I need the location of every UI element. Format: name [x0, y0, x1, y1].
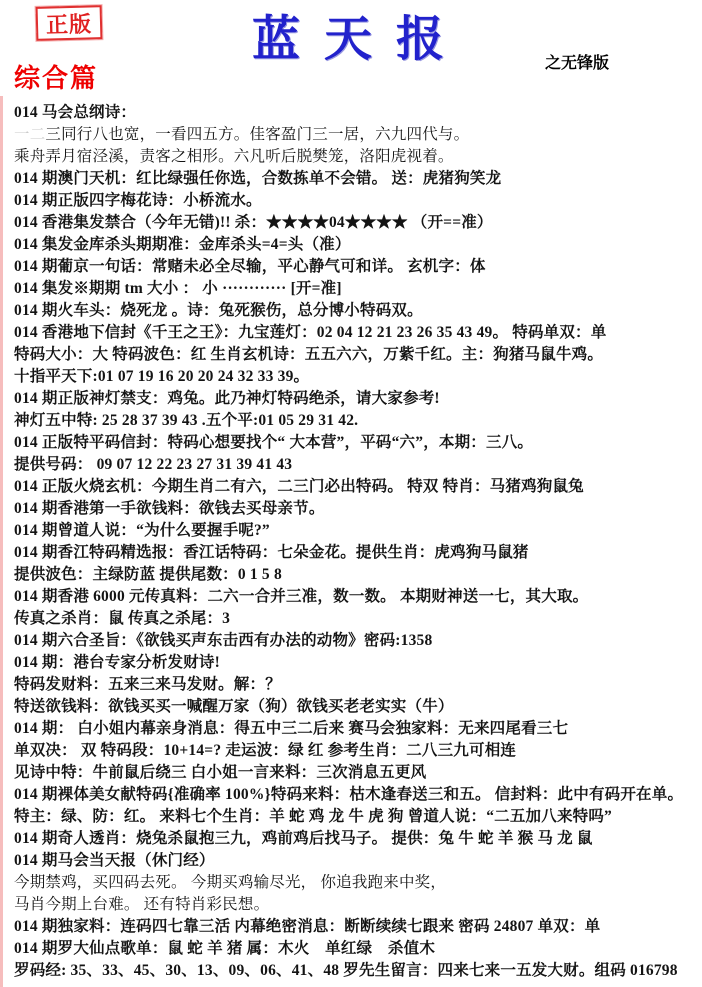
- text-line: 014 马会总纲诗：: [14, 102, 700, 124]
- text-line: 014 期火车头：烧死龙 。诗：兔死猴伤，总分博小特码双。: [14, 300, 700, 322]
- line-text: 三同行八也宽，一看四五方。佳客盈门三一居，六九四代与。: [45, 126, 469, 143]
- text-line: 提供波色：主绿防蓝 提供尾数：0 1 5 8: [14, 564, 700, 586]
- text-line: 014 期葡京一句话：常赌未必全尽输，平心静气可和详。 玄机字：体: [14, 256, 700, 278]
- text-line: 014 期罗大仙点歌单：鼠 蛇 羊 猪 属：木火 单红绿 杀值木: [14, 938, 700, 960]
- left-edge-line: [0, 96, 3, 987]
- text-line: 014 香港地下信封《千王之王》：九宝莲灯：02 04 12 21 23 26 …: [14, 322, 700, 344]
- text-line: 传真之杀肖：鼠 传真之杀尾：3: [14, 608, 700, 630]
- text-line: 014 香港集发禁合（今年无错)!! 杀：★★★★04★★★★ （开==准）: [14, 212, 700, 234]
- text-line: 乘舟弄月宿泾溪，责客之相形。六凡听后脱樊笼，洛阳虎视着。: [14, 146, 700, 168]
- section-heading: 综合篇: [14, 58, 98, 95]
- text-line: 014 期香港 6000 元传真料：二六一合并三准，数一数。 本期财神送一七，其…: [14, 586, 700, 608]
- text-line: 特送欲钱料：欲钱买买一喊醒万家（狗）欲钱买老老实实（牛）: [14, 696, 700, 718]
- text-line: 014 期曾道人说：“为什么要握手呢?”: [14, 520, 700, 542]
- text-line: 014 正版火烧玄机：今期生肖二有六，二三门必出特码。 特双 特肖：马猪鸡狗鼠兔: [14, 476, 700, 498]
- text-line: 014 集发※期期 tm 大小 ： 小 ············ [开=准]: [14, 278, 700, 300]
- text-line: 014 期正版神灯禁支：鸡兔。此乃神灯特码绝杀，请大家参考!: [14, 388, 700, 410]
- text-line: 特码大小：大 特码波色：红 生肖玄机诗：五五六六，万紫千红。主：狗猪马鼠牛鸡。: [14, 344, 700, 366]
- text-line: 014 期： 白小姐内幕亲身消息：得五中三二后来 赛马会独家料：无来四尾看三七: [14, 718, 700, 740]
- genuine-stamp: 正版: [36, 5, 103, 41]
- text-line: 014 期香江特码精选报：香江话特码：七朵金花。提供生肖：虎鸡狗马鼠猪: [14, 542, 700, 564]
- text-line: 014 期裸体美女献特码{准确率 100%}特码来料：枯木逢春送三和五。 信封料…: [14, 784, 700, 806]
- text-line: 014 期香港第一手欲钱料：欲钱去买母亲节。: [14, 498, 700, 520]
- text-line: 特主：绿、防：红。 来料七个生肖：羊 蛇 鸡 龙 牛 虎 狗 曾道人说：“二五加…: [14, 806, 700, 828]
- text-line: 特码发财料：五来三来马发财。解：？: [14, 674, 700, 696]
- text-line: 014 期正版四字梅花诗：小桥流水。: [14, 190, 700, 212]
- text-line: 014 期六合圣旨：《欲钱买声东击西有办法的动物》密码:1358: [14, 630, 700, 652]
- text-line: 014 期澳门天机：红比绿强任你选，合数拣单不会错。 送：虎猪狗笑龙: [14, 168, 700, 190]
- text-line: 神灯五中特: 25 28 37 39 43 .五个平:01 05 29 31 4…: [14, 410, 700, 432]
- text-line: 提供号码： 09 07 12 22 23 27 31 39 41 43: [14, 454, 700, 476]
- text-line: 单双决： 双 特码段：10+14=? 走运波：绿 红 参考生肖：二八三九可相连: [14, 740, 700, 762]
- edition-label: 之无锋版: [545, 50, 609, 73]
- text-line: 一二三同行八也宽，一看四五方。佳客盈门三一居，六九四代与。: [14, 124, 700, 146]
- text-line: 014 集发金库杀头期期准：金库杀头=4=头（准）: [14, 234, 700, 256]
- body-lines: 014 马会总纲诗：一二三同行八也宽，一看四五方。佳客盈门三一居，六九四代与。乘…: [14, 102, 700, 982]
- text-line: 014 期奇人透肖：烧兔杀鼠抱三九，鸡前鸡后找马子。 提供：兔 牛 蛇 羊 猴 …: [14, 828, 700, 850]
- faded-text: 一二: [14, 126, 45, 143]
- text-line: 014 正版特平码信封：特码心想要找个“ 大本营”，平码“六”，本期：三八。: [14, 432, 700, 454]
- text-line: 马肖今期上台难。 还有特肖彩民想。: [14, 894, 700, 916]
- text-line: 014 期马会当天报（休门经）: [14, 850, 700, 872]
- text-line: 罗码经: 35、33、45、30、13、09、06、41、48 罗先生留言：四来…: [14, 960, 700, 982]
- text-line: 014 期独家料：连码四七靠三活 内幕绝密消息：断断续续七跟来 密码 24807…: [14, 916, 700, 938]
- text-line: 十指平天下:01 07 19 16 20 20 24 32 33 39。: [14, 366, 700, 388]
- text-line: 014 期：港台专家分析发财诗!: [14, 652, 700, 674]
- text-line: 见诗中特：牛前鼠后绕三 白小姐一言来料：三次消息五更风: [14, 762, 700, 784]
- text-line: 今期禁鸡，买四码去死。 今期买鸡输尽光， 你追我跑来中奖，: [14, 872, 700, 894]
- newspaper-page: 蓝 天 报 正版 之无锋版 综合篇 014 马会总纲诗：一二三同行八也宽，一看四…: [0, 0, 702, 987]
